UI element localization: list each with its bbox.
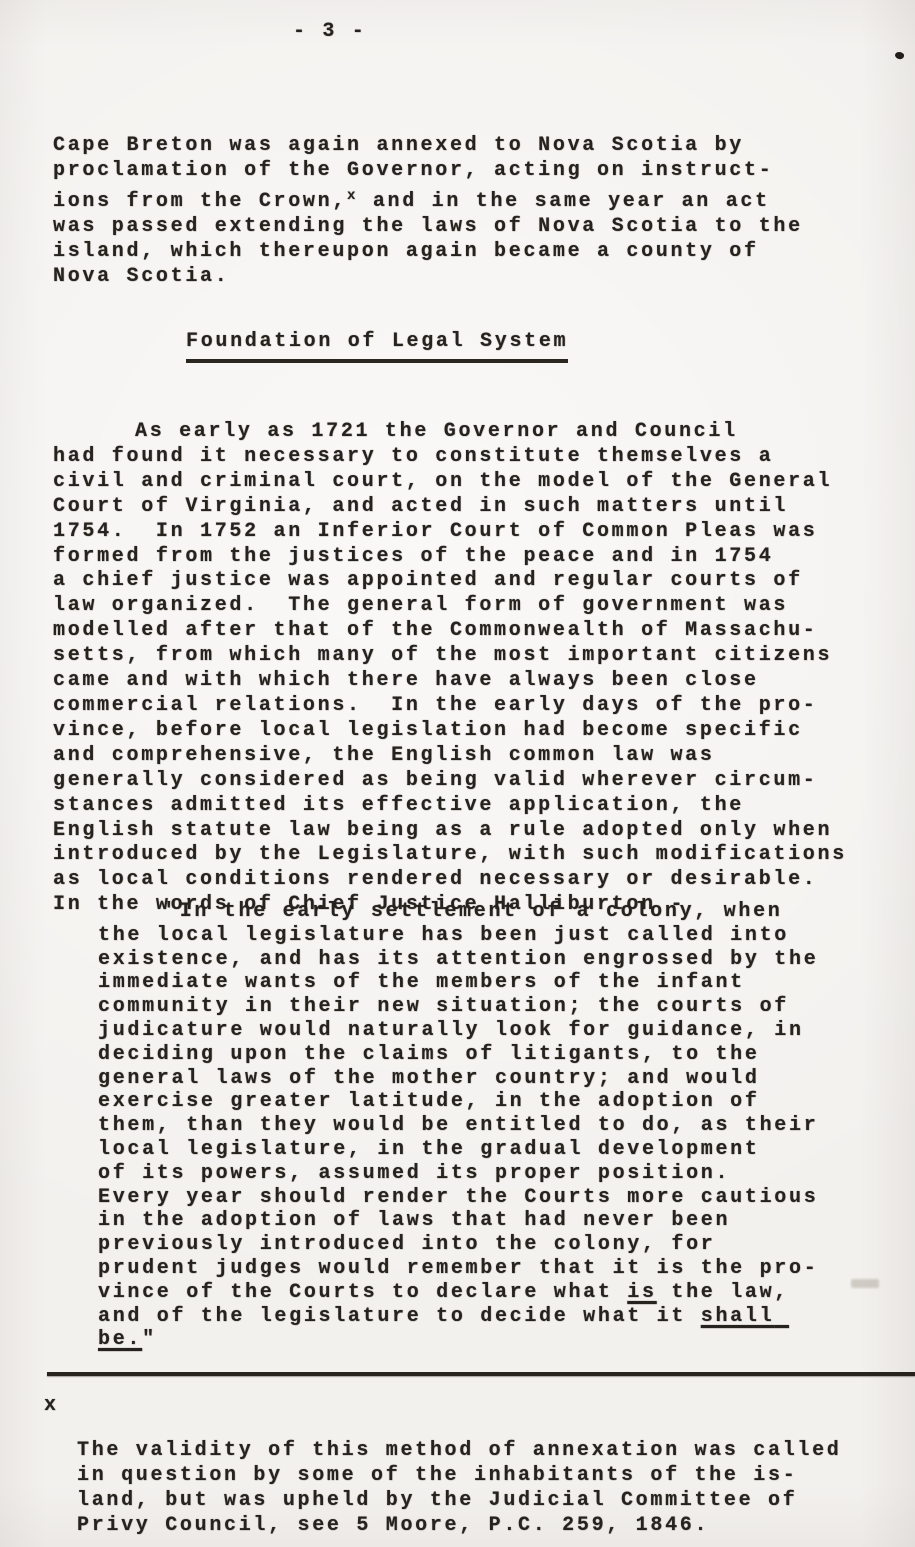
footnote-reference-marker: x <box>347 188 358 204</box>
footnote-divider-rule <box>47 1372 915 1376</box>
quote-text-before-is: "In the early settlement of a colony, wh… <box>98 900 818 1304</box>
intro-paragraph: Cape Breton was again annexed to Nova Sc… <box>53 134 843 289</box>
block-quote: "In the early settlement of a colony, wh… <box>98 900 846 1352</box>
footnote-text: The validity of this method of annexatio… <box>77 1438 877 1538</box>
page-number: - 3 - <box>293 20 367 45</box>
footnote-marker: x <box>44 1394 59 1419</box>
scanned-document-page: - 3 - Cape Breton was again annexed to N… <box>0 0 915 1547</box>
body-paragraph: As early as 1721 the Governor and Counci… <box>53 420 871 918</box>
quote-closing-quotation-mark: " <box>142 1328 157 1351</box>
ink-speck <box>894 51 905 60</box>
scan-smudge <box>851 1279 879 1288</box>
quote-underlined-is: is <box>627 1281 656 1304</box>
section-heading: Foundation of Legal System <box>186 330 568 363</box>
